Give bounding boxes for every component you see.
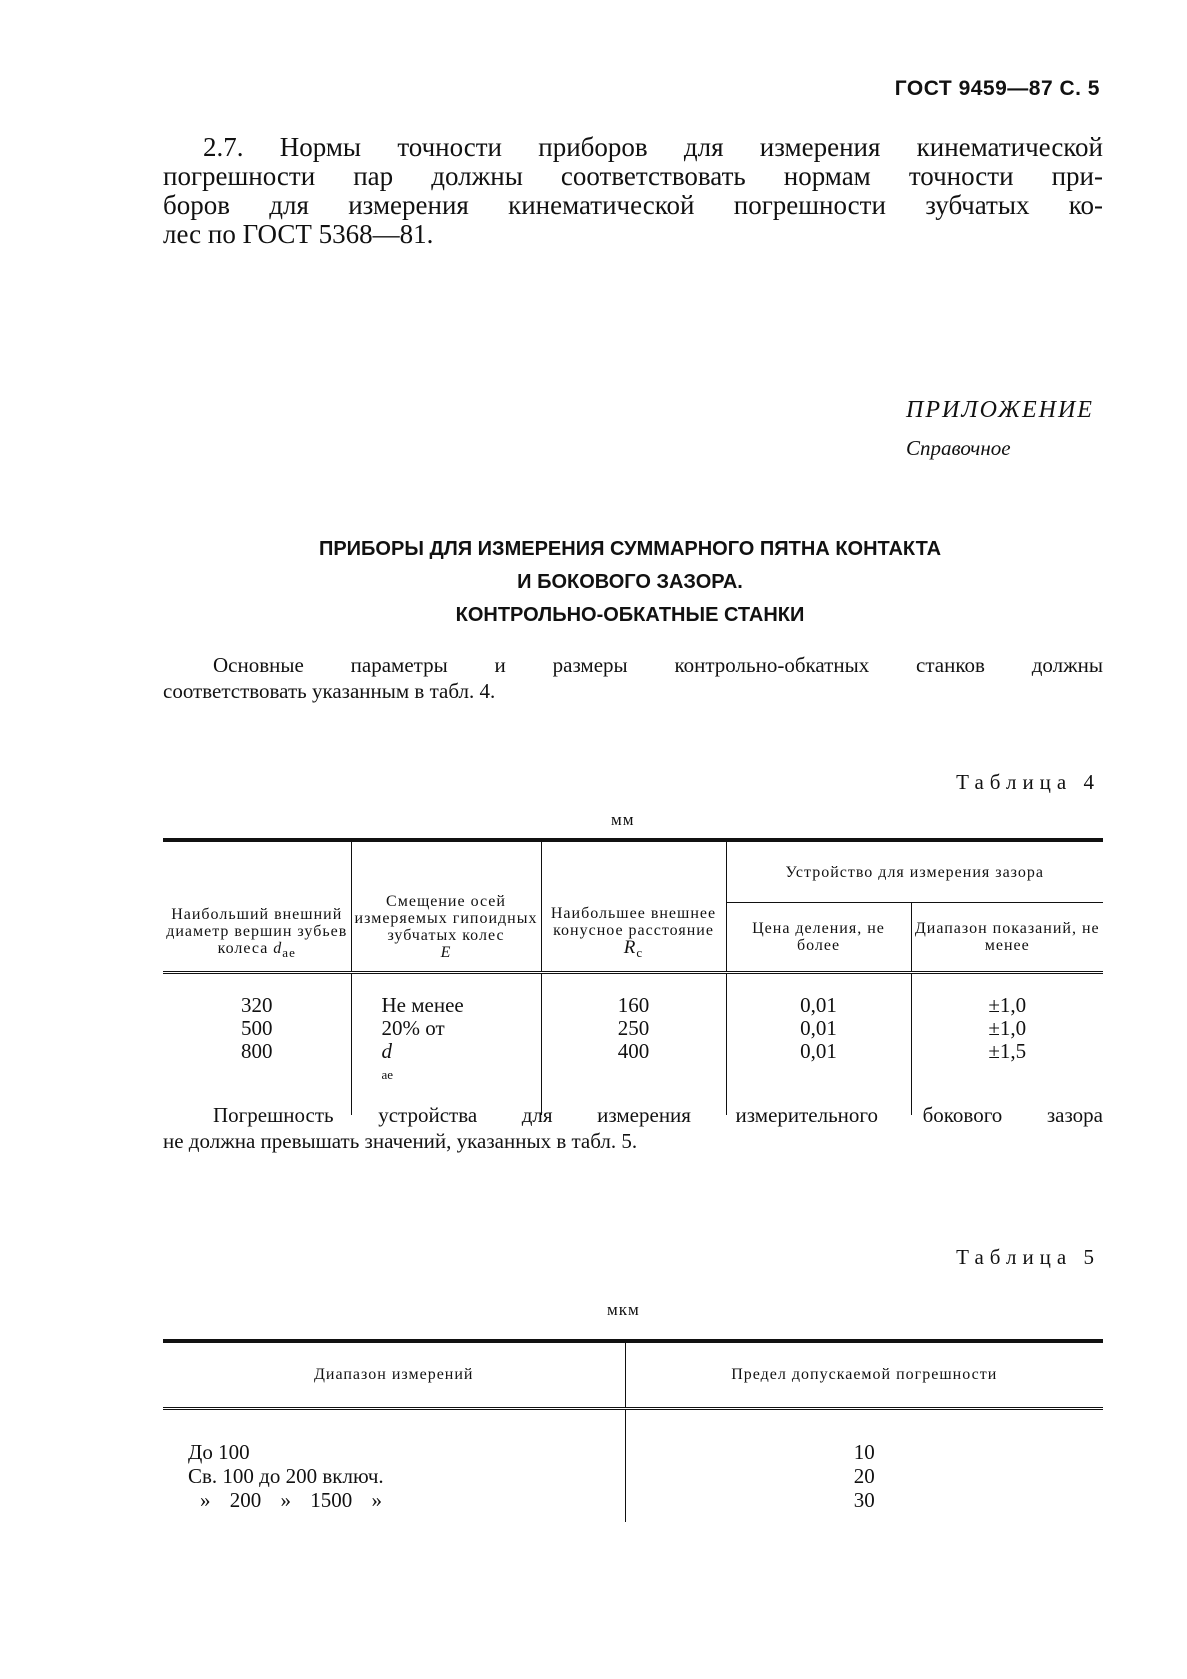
table4-cell-cone-distance: 160 250 400 <box>541 973 726 1116</box>
table5-cell-range: До 100 Св. 100 до 200 включ. » 200 » 150… <box>163 1409 625 1523</box>
appendix-label: ПРИЛОЖЕНИЕ <box>906 397 1094 424</box>
table5-header-range: Диапазон измерений <box>163 1341 625 1409</box>
table4-header-division: Цена деления, не более <box>726 903 911 973</box>
table4-header-diameter: Наибольший внешний диаметр вершин зубьев… <box>163 840 351 973</box>
table4-header-cone-distance: Наибольшее внешнее конусное расстояние R… <box>541 840 726 973</box>
table5-unit: мкм <box>607 1300 640 1320</box>
table4-cell-offset: Не менее 20% от dae <box>351 973 541 1116</box>
section-title: ПРИБОРЫ ДЛЯ ИЗМЕРЕНИЯ СУММАРНОГО ПЯТНА К… <box>160 533 1100 632</box>
paragraph-line: не должна превышать значений, указанных … <box>163 1128 1103 1154</box>
page-header: ГОСТ 9459—87 С. 5 <box>895 77 1100 101</box>
table4-header-offset: Смещение осей измеряемых гипоидных зубча… <box>351 840 541 973</box>
paragraph-line: Погрешность устройства для измерения изм… <box>163 1102 1103 1128</box>
paragraph-line: соответствовать указанным в табл. 4. <box>163 678 1103 704</box>
section-title-line: ПРИБОРЫ ДЛЯ ИЗМЕРЕНИЯ СУММАРНОГО ПЯТНА К… <box>160 533 1100 566</box>
table-row: До 100 Св. 100 до 200 включ. » 200 » 150… <box>163 1409 1103 1523</box>
section-title-line: И БОКОВОГО ЗАЗОРА. <box>160 566 1100 599</box>
table-4: Наибольший внешний диаметр вершин зубьев… <box>163 838 1103 1115</box>
table4-cell-division: 0,01 0,01 0,01 <box>726 973 911 1116</box>
table5-cell-limit: 10 20 30 <box>625 1409 1103 1523</box>
table4-header-gap-device: Устройство для измерения зазора <box>726 840 1103 903</box>
error-paragraph: Погрешность устройства для измерения изм… <box>163 1102 1103 1154</box>
paragraph-line: Основные параметры и размеры контрольно-… <box>163 652 1103 678</box>
table4-caption: Таблица 4 <box>956 770 1100 795</box>
table-5: Диапазон измерений Предел допускаемой по… <box>163 1339 1103 1522</box>
table4-unit: мм <box>611 810 635 830</box>
clause-line: боров для измерения кинематической погре… <box>163 191 1103 220</box>
table4-header-range: Диапазон показаний, не менее <box>911 903 1103 973</box>
appendix-status: Справочное <box>906 436 1011 461</box>
clause-line: погрешности пар должны соответствовать н… <box>163 162 1103 191</box>
intro-paragraph: Основные параметры и размеры контрольно-… <box>163 652 1103 704</box>
clause-2-7: 2.7. Нормы точности приборов для измерен… <box>163 133 1103 249</box>
clause-line: 2.7. Нормы точности приборов для измерен… <box>163 133 1103 162</box>
table5-header-limit: Предел допускаемой погрешности <box>625 1341 1103 1409</box>
section-title-line: КОНТРОЛЬНО-ОБКАТНЫЕ СТАНКИ <box>160 599 1100 632</box>
table5-caption: Таблица 5 <box>956 1245 1100 1270</box>
table4-cell-diameter: 320 500 800 <box>163 973 351 1116</box>
table-row: 320 500 800 Не менее 20% от dae 160 250 … <box>163 973 1103 1116</box>
table4-cell-range: ±1,0 ±1,0 ±1,5 <box>911 973 1103 1116</box>
clause-line: лес по ГОСТ 5368—81. <box>163 220 1103 249</box>
